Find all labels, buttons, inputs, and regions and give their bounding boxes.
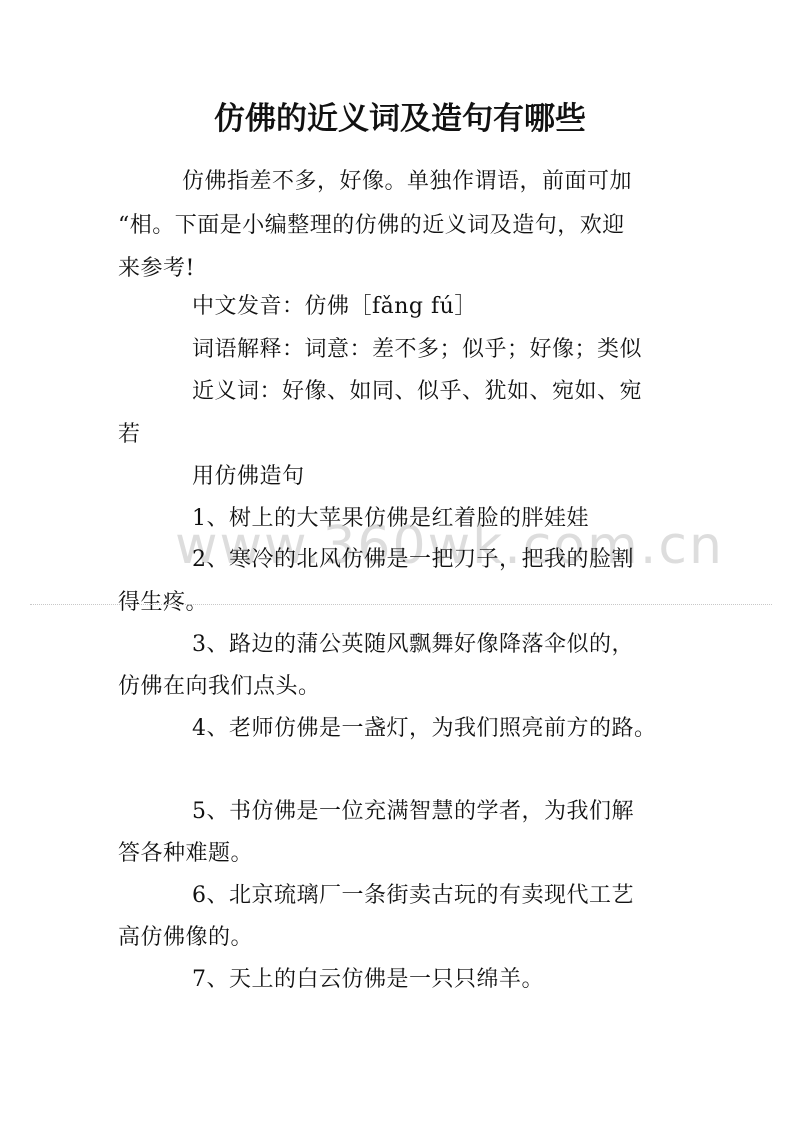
intro-line-3: 来参考! <box>118 254 195 284</box>
sentence-6-line-1: 6、北京琉璃厂一条街卖古玩的有卖现代工艺 <box>192 881 634 911</box>
sentence-1: 1、树上的大苹果仿佛是红着脸的胖娃娃 <box>192 504 589 534</box>
sentence-5-line-2: 答各种难题。 <box>118 839 253 869</box>
sentence-3-line-1: 3、路边的蒲公英随风飘舞好像降落伞似的， <box>192 630 634 660</box>
sentence-7: 7、天上的白云仿佛是一只只绵羊。 <box>192 965 544 995</box>
sentence-3-line-2: 仿佛在向我们点头。 <box>118 672 321 702</box>
page-divider <box>30 604 772 605</box>
explanation-line: 词语解释：词意：差不多；似乎；好像；类似 <box>192 335 642 365</box>
sentences-heading: 用仿佛造句 <box>192 462 305 492</box>
intro-line-1: 仿佛指差不多，好像。单独作谓语，前面可加 <box>182 167 632 197</box>
page-title: 仿佛的近义词及造句有哪些 <box>0 97 800 141</box>
sentence-5-line-1: 5、书仿佛是一位充满智慧的学者，为我们解 <box>192 797 634 827</box>
sentence-2-line-1: 2、寒冷的北风仿佛是一把刀子，把我的脸割 <box>192 545 634 575</box>
synonyms-line-2: 若 <box>118 420 141 450</box>
document-page: 仿佛的近义词及造句有哪些 仿佛指差不多，好像。单独作谓语，前面可加 “相。下面是… <box>0 0 800 1132</box>
sentence-4: 4、老师仿佛是一盏灯，为我们照亮前方的路。 <box>192 714 657 744</box>
sentence-2-line-2: 得生疼。 <box>118 588 208 618</box>
synonyms-line-1: 近义词：好像、如同、似乎、犹如、宛如、宛 <box>192 377 642 407</box>
intro-line-2: “相。下面是小编整理的仿佛的近义词及造句，欢迎 <box>118 211 625 241</box>
sentence-6-line-2: 高仿佛像的。 <box>118 923 253 953</box>
pronunciation-line: 中文发音：仿佛［fǎng fú］ <box>192 292 477 322</box>
